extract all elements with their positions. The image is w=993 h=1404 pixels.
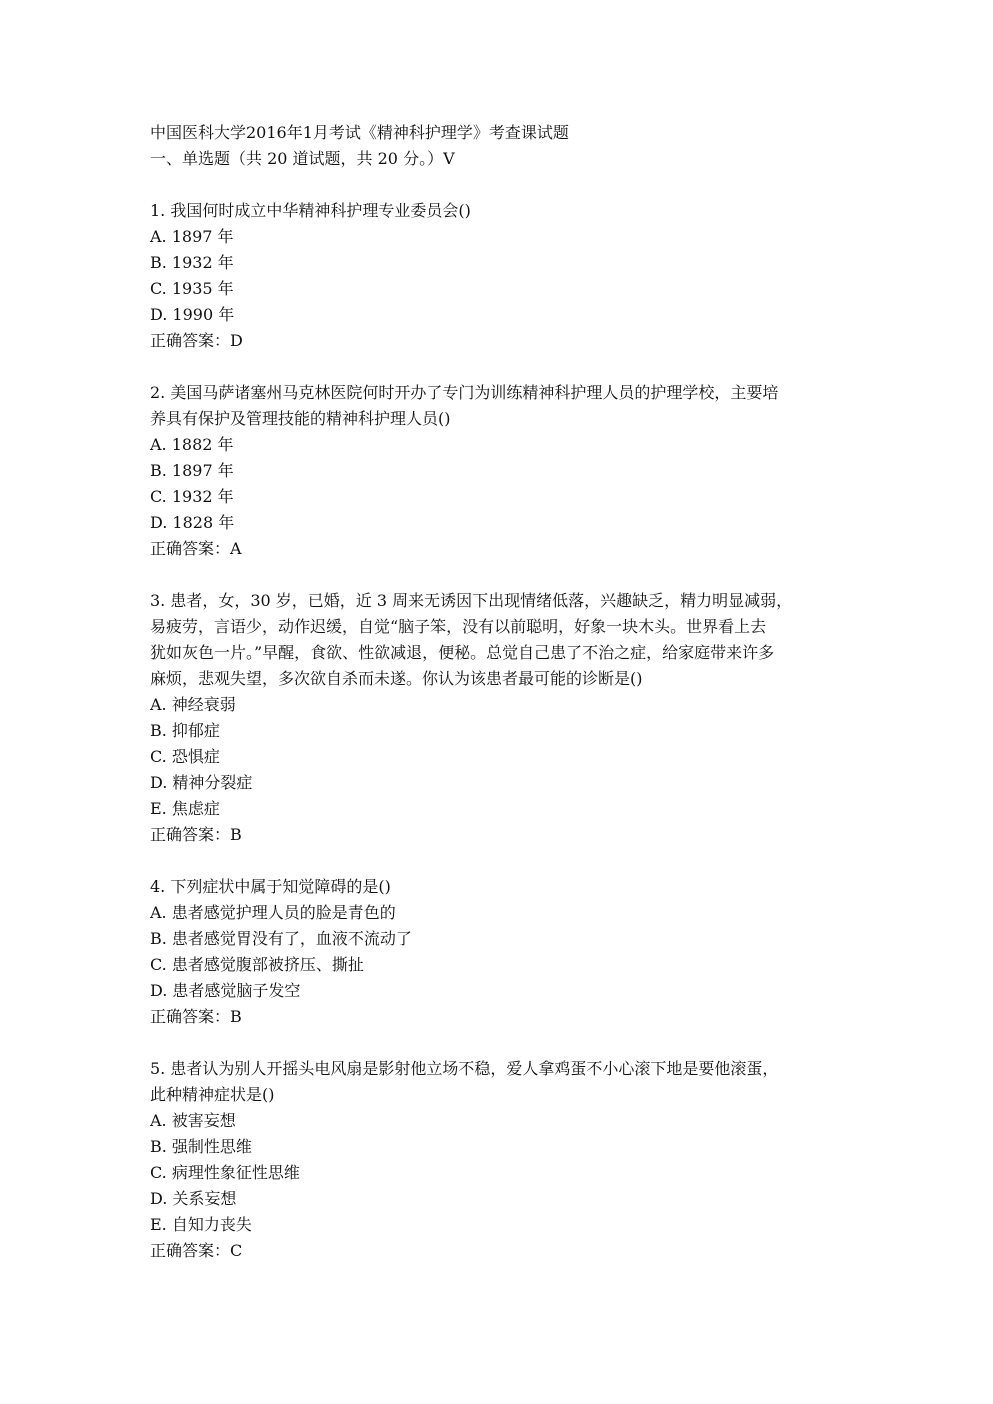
option-d: D. 1828 年 <box>150 510 850 536</box>
correct-answer: 正确答案：C <box>150 1238 850 1264</box>
option-d: D. 精神分裂症 <box>150 770 850 796</box>
question-stem: 3. 患者，女，30 岁，已婚，近 3 周来无诱因下出现情绪低落，兴趣缺乏，精力… <box>150 588 850 614</box>
question-5: 5. 患者认为别人开摇头电风扇是影射他立场不稳，爱人拿鸡蛋不小心滚下地是要他滚蛋… <box>150 1056 850 1264</box>
option-d: D. 1990 年 <box>150 302 850 328</box>
option-c: C. 恐惧症 <box>150 744 850 770</box>
option-c: C. 1932 年 <box>150 484 850 510</box>
option-d: D. 关系妄想 <box>150 1186 850 1212</box>
option-b: B. 1932 年 <box>150 250 850 276</box>
option-b: B. 患者感觉胃没有了，血液不流动了 <box>150 926 850 952</box>
document-page: 中国医科大学2016年1月考试《精神科护理学》考查课试题 一、单选题（共 20 … <box>150 120 850 1264</box>
document-title: 中国医科大学2016年1月考试《精神科护理学》考查课试题 <box>150 120 850 146</box>
question-4: 4. 下列症状中属于知觉障碍的是() A. 患者感觉护理人员的脸是青色的 B. … <box>150 874 850 1030</box>
question-stem: 4. 下列症状中属于知觉障碍的是() <box>150 874 850 900</box>
correct-answer: 正确答案：A <box>150 536 850 562</box>
option-e: E. 自知力丧失 <box>150 1212 850 1238</box>
question-2: 2. 美国马萨诸塞州马克林医院何时开办了专门为训练精神科护理人员的护理学校，主要… <box>150 380 850 562</box>
question-stem: 5. 患者认为别人开摇头电风扇是影射他立场不稳，爱人拿鸡蛋不小心滚下地是要他滚蛋… <box>150 1056 850 1082</box>
option-d: D. 患者感觉脑子发空 <box>150 978 850 1004</box>
question-3: 3. 患者，女，30 岁，已婚，近 3 周来无诱因下出现情绪低落，兴趣缺乏，精力… <box>150 588 850 848</box>
question-stem-cont: 麻烦，悲观失望，多次欲自杀而未遂。你认为该患者最可能的诊断是() <box>150 666 850 692</box>
question-1: 1. 我国何时成立中华精神科护理专业委员会() A. 1897 年 B. 193… <box>150 198 850 354</box>
option-a: A. 1882 年 <box>150 432 850 458</box>
correct-answer: 正确答案：D <box>150 328 850 354</box>
question-stem-cont: 此种精神症状是() <box>150 1082 850 1108</box>
correct-answer: 正确答案：B <box>150 822 850 848</box>
question-stem-cont: 养具有保护及管理技能的精神科护理人员() <box>150 406 850 432</box>
correct-answer: 正确答案：B <box>150 1004 850 1030</box>
section-heading: 一、单选题（共 20 道试题，共 20 分。）V <box>150 146 850 172</box>
option-e: E. 焦虑症 <box>150 796 850 822</box>
option-c: C. 病理性象征性思维 <box>150 1160 850 1186</box>
question-stem-cont: 犹如灰色一片。”早醒，食欲、性欲减退，便秘。总觉自己患了不治之症，给家庭带来许多 <box>150 640 850 666</box>
option-c: C. 患者感觉腹部被挤压、撕扯 <box>150 952 850 978</box>
option-a: A. 患者感觉护理人员的脸是青色的 <box>150 900 850 926</box>
option-c: C. 1935 年 <box>150 276 850 302</box>
option-b: B. 抑郁症 <box>150 718 850 744</box>
question-stem: 2. 美国马萨诸塞州马克林医院何时开办了专门为训练精神科护理人员的护理学校，主要… <box>150 380 850 406</box>
question-stem: 1. 我国何时成立中华精神科护理专业委员会() <box>150 198 850 224</box>
option-a: A. 被害妄想 <box>150 1108 850 1134</box>
option-a: A. 1897 年 <box>150 224 850 250</box>
option-b: B. 强制性思维 <box>150 1134 850 1160</box>
option-a: A. 神经衰弱 <box>150 692 850 718</box>
question-stem-cont: 易疲劳，言语少，动作迟缓，自觉“脑子笨，没有以前聪明，好象一块木头。世界看上去 <box>150 614 850 640</box>
option-b: B. 1897 年 <box>150 458 850 484</box>
